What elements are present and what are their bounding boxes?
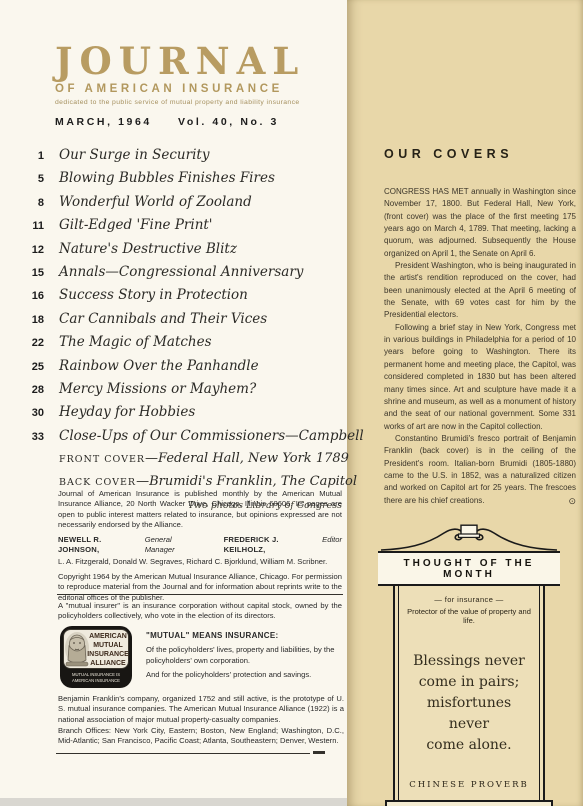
our-covers-paragraph: CONGRESS HAS MET annually in Washington … <box>384 186 576 260</box>
toc-row: 8Wonderful World of Zooland <box>28 194 346 217</box>
copyright-notice: Copyright 1964 by the American Mutual In… <box>58 572 342 603</box>
toc-page-number: 25 <box>28 361 44 373</box>
table-of-contents: 1Our Surge in Security5Blowing Bubbles F… <box>28 147 346 511</box>
toc-page-number: 8 <box>28 197 44 209</box>
mutual-means-heading: "MUTUAL" MEANS INSURANCE: <box>146 631 346 641</box>
publisher-about: Journal of American Insurance is publish… <box>58 489 342 530</box>
editor-name: FREDERICK J. KEILHOLZ, <box>224 535 320 556</box>
logo-word-3: INSURANCE <box>87 651 129 658</box>
mutual-insurer-note: A "mutual insurer" is an insurance corpo… <box>58 601 342 622</box>
quote-line: misfortunes never <box>405 693 533 735</box>
toc-page-number: 33 <box>28 431 44 443</box>
toc-row: 5Blowing Bubbles Finishes Fires <box>28 170 346 193</box>
our-covers-body: CONGRESS HAS MET annually in Washington … <box>384 186 576 507</box>
spacer <box>202 535 224 556</box>
toc-row: 30Heyday for Hobbies <box>28 404 346 427</box>
logo-word-1: AMERICAN <box>89 633 127 640</box>
alliance-logo: AMERICAN MUTUAL INSURANCE ALLIANCE MUTUA… <box>60 626 132 693</box>
editors-line: NEWELL R. JOHNSON, General Manager FREDE… <box>58 535 342 556</box>
toc-article-title: Gilt-Edged 'Fine Print' <box>59 217 213 233</box>
toc-row: 15Annals—Congressional Anniversary <box>28 264 346 287</box>
toc-article-title: Annals—Congressional Anniversary <box>59 264 303 280</box>
end-mark-icon: ⊙ <box>557 495 576 507</box>
mutual-means-line-1: Of the policyholders' lives, property an… <box>146 645 346 666</box>
thought-of-the-month-box: THOUGHT OF THE MONTH — for insurance — P… <box>378 524 560 806</box>
thought-subkicker: Protector of the value of property and l… <box>405 607 533 625</box>
toc-article-title: The Magic of Matches <box>59 334 212 350</box>
staff-list: L. A. Fitzgerald, Donald W. Segraves, Ri… <box>58 557 342 567</box>
thought-content: — for insurance — Protector of the value… <box>398 586 540 800</box>
toc-row: 1Our Surge in Security <box>28 147 346 170</box>
scan-edge <box>0 798 347 806</box>
volume-number: Vol. 40, No. 3 <box>178 116 279 128</box>
toc-article-title: Wonderful World of Zooland <box>59 194 252 210</box>
thought-frame: — for insurance — Protector of the value… <box>393 586 545 800</box>
thought-title: THOUGHT OF THE MONTH <box>378 551 560 586</box>
front-cover-title: —Federal Hall, New York 1789 <box>145 451 349 466</box>
toc-row: 25Rainbow Over the Panhandle <box>28 358 346 381</box>
toc-article-title: Blowing Bubbles Finishes Fires <box>59 170 275 186</box>
toc-list: 1Our Surge in Security5Blowing Bubbles F… <box>28 147 346 451</box>
journal-title: JOURNAL <box>55 42 355 80</box>
toc-row: 33Close-Ups of Our Commissioners—Campbel… <box>28 428 346 451</box>
toc-page-number: 1 <box>28 150 44 162</box>
mutual-means-line-2: And for the policyholders' protection an… <box>146 670 346 680</box>
mutual-insurer-text: A "mutual insurer" is an insurance corpo… <box>58 601 342 622</box>
front-cover-row: FRONT COVER —Federal Hall, New York 1789 <box>28 451 346 474</box>
branch-offices-text: Branch Offices: New York City, Eastern; … <box>58 726 344 747</box>
logo-word-2: MUTUAL <box>93 642 123 649</box>
toc-row: 28Mercy Missions or Mayhem? <box>28 381 346 404</box>
quote-line: Blessings never <box>405 651 533 672</box>
issue-line: MARCH, 1964 Vol. 40, No. 3 <box>55 116 279 128</box>
toc-page-number: 11 <box>28 220 44 232</box>
footer-rule-dash <box>313 751 325 754</box>
our-covers-paragraph: Following a brief stay in New York, Cong… <box>384 322 576 433</box>
toc-row: 22The Magic of Matches <box>28 334 346 357</box>
toc-article-title: Success Story in Protection <box>59 287 248 303</box>
toc-article-title: Car Cannibals and Their Vices <box>59 311 267 327</box>
thought-attribution: CHINESE PROVERB <box>405 780 533 790</box>
thought-kicker: — for insurance — <box>405 595 533 604</box>
publisher-block: Journal of American Insurance is publish… <box>58 489 342 603</box>
toc-page-number: 16 <box>28 290 44 302</box>
toc-row: 18Car Cannibals and Their Vices <box>28 311 346 334</box>
our-covers-paragraph: Constantino Brumidi's fresco portrait of… <box>384 433 576 507</box>
general-manager-name: NEWELL R. JOHNSON, <box>58 535 142 556</box>
toc-page-number: 30 <box>28 407 44 419</box>
general-manager-role: General Manager <box>145 535 202 556</box>
toc-article-title: Our Surge in Security <box>59 147 209 163</box>
back-cover-title: —Brumidi's Franklin, The Capitol <box>136 474 357 489</box>
back-cover-label: BACK COVER <box>59 477 136 488</box>
toc-row: 11Gilt-Edged 'Fine Print' <box>28 217 346 240</box>
toc-page-number: 18 <box>28 314 44 326</box>
toc-article-title: Close-Ups of Our Commissioners—Campbell <box>59 428 364 444</box>
thought-quote: Blessings nevercome in pairs;misfortunes… <box>405 651 533 756</box>
toc-page-number: 22 <box>28 337 44 349</box>
journal-subtitle: OF AMERICAN INSURANCE <box>55 83 355 95</box>
logo-slogan-2: AMERICAN INSURANCE <box>72 678 120 683</box>
logo-slogan-1: MUTUAL INSURANCE IS <box>72 672 120 677</box>
logo-word-4: ALLIANCE <box>90 660 126 667</box>
toc-article-title: Heyday for Hobbies <box>59 404 195 420</box>
pediment-scroll-ornament-icon <box>378 524 560 551</box>
journal-tagline: dedicated to the public service of mutua… <box>55 99 355 106</box>
toc-row: 16Success Story in Protection <box>28 287 346 310</box>
toc-page-number: 28 <box>28 384 44 396</box>
toc-article-title: Mercy Missions or Mayhem? <box>59 381 256 397</box>
toc-page-number: 15 <box>28 267 44 279</box>
our-covers-heading: OUR COVERS <box>384 147 513 161</box>
franklin-note-block: Benjamin Franklin's company, organized 1… <box>58 694 344 746</box>
quote-line: come alone. <box>405 735 533 756</box>
our-covers-paragraph: President Washington, who is being inaug… <box>384 260 576 322</box>
toc-article-title: Rainbow Over the Panhandle <box>59 358 259 374</box>
toc-page-number: 5 <box>28 173 44 185</box>
front-cover-label: FRONT COVER <box>59 454 145 465</box>
franklin-tv-logo-icon: AMERICAN MUTUAL INSURANCE ALLIANCE MUTUA… <box>60 626 132 688</box>
toc-row: 12Nature's Destructive Blitz <box>28 241 346 264</box>
franklin-note-text: Benjamin Franklin's company, organized 1… <box>58 694 344 725</box>
issue-date: MARCH, 1964 <box>55 116 152 128</box>
masthead: JOURNAL OF AMERICAN INSURANCE dedicated … <box>55 42 355 128</box>
magazine-contents-page: JOURNAL OF AMERICAN INSURANCE dedicated … <box>0 0 583 806</box>
footer-rule <box>56 753 310 754</box>
toc-article-title: Nature's Destructive Blitz <box>59 241 237 257</box>
quote-line: come in pairs; <box>405 672 533 693</box>
thought-base-bar <box>385 800 553 806</box>
editor-role: Editor <box>322 535 342 556</box>
mutual-means-block: "MUTUAL" MEANS INSURANCE: Of the policyh… <box>146 631 346 680</box>
toc-page-number: 12 <box>28 244 44 256</box>
divider-rule <box>57 594 343 595</box>
